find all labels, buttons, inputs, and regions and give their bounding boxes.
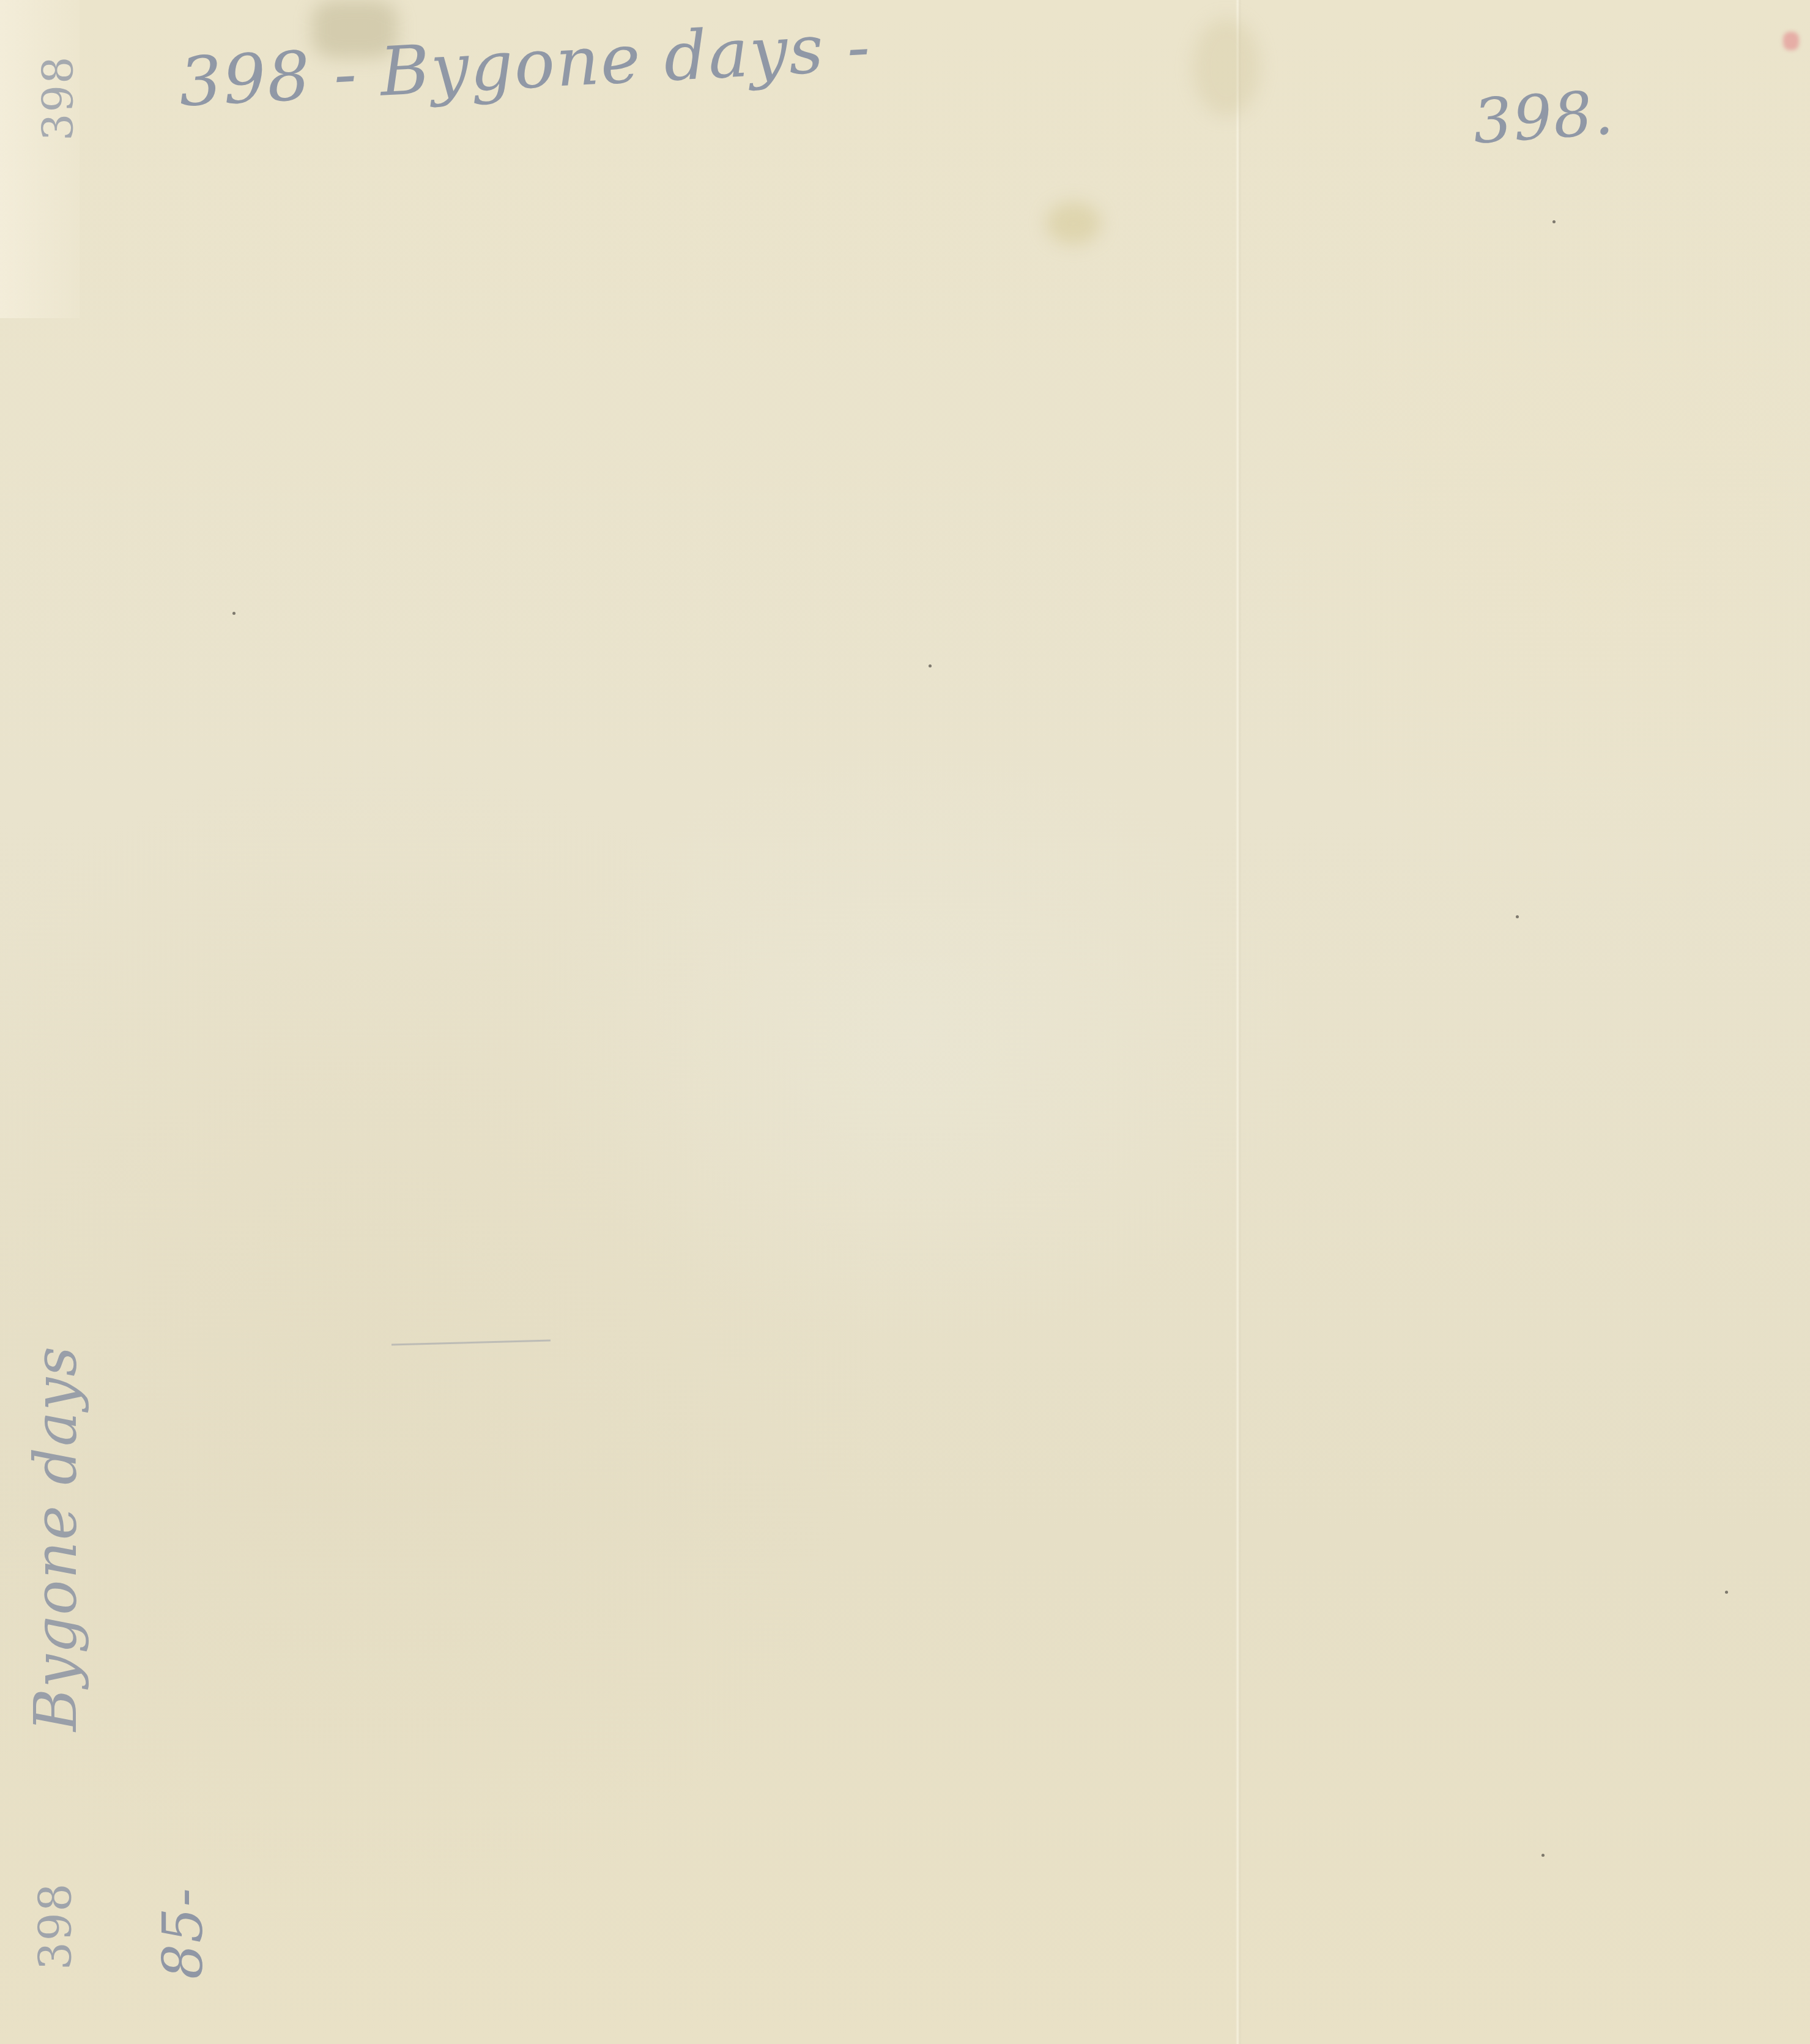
- edge-price-mark: 85-: [156, 1887, 211, 1979]
- paper-speck: [1725, 1591, 1728, 1594]
- edge-catalog-number-top: 398: [37, 55, 80, 141]
- handwritten-catalog-number: 398.: [1471, 82, 1616, 153]
- vertical-fold-line: [1236, 0, 1242, 2044]
- paper-speck: [1516, 915, 1519, 918]
- fold-stain: [1193, 18, 1260, 116]
- pink-corner-mark: [1783, 32, 1799, 50]
- paper-speck: [929, 664, 932, 667]
- paper-speck: [232, 612, 236, 615]
- left-edge-light-strip: [0, 0, 80, 318]
- edge-title-label: Bygone days: [28, 1345, 86, 1731]
- upper-stain: [1046, 202, 1101, 245]
- faint-pencil-stroke: [391, 1340, 551, 1346]
- edge-catalog-number-bottom: 398: [34, 1882, 78, 1970]
- scanned-paper-sheet: 398 - Bygone days - 398. 398 Bygone days…: [0, 0, 1810, 2044]
- paper-speck: [1541, 1854, 1545, 1857]
- paper-speck: [1552, 220, 1556, 223]
- handwritten-title: 398 - Bygone days -: [177, 13, 873, 116]
